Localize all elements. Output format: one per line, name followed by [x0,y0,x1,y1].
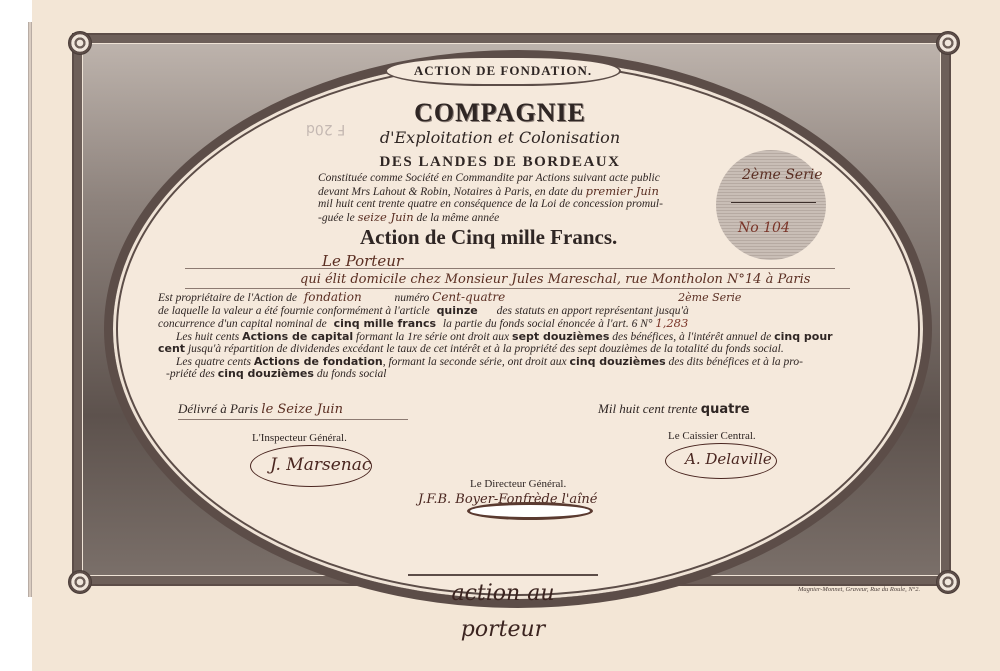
terms-1-prefix: Les huit cents [176,331,239,343]
capital-suffix: la partie du fonds social énoncée à l'ar… [443,318,653,330]
cashier-signature: A. Delaville [685,450,772,468]
year-prefix: Mil huit cent trente [598,401,698,416]
handwritten-share-number: Cent-quatre [432,290,505,304]
article-number: quinze [437,304,478,317]
terms-3-bold2: cinq douzièmes [569,355,665,368]
series-medallion: 2ème Serie No 104 [716,150,826,260]
holder-line [185,268,835,269]
director-label: Le Directeur Général. [470,478,566,490]
capital-line: concurrence d'un capital nominal de cinq… [158,317,878,331]
terms-3-suffix: des dits bénéfices et à la pro- [669,356,803,368]
ownership-line: Est propriétaire de l'Action de fondatio… [158,291,878,305]
delivery-line [178,419,408,420]
terms-1-bold2: sept douzièmes [512,330,609,343]
terms-1-bold3: cinq pour [774,330,833,343]
terms-line-1: Les huit cents Actions de capital forman… [158,331,878,344]
share-value-title: Action de Cinq mille Francs. [360,225,617,250]
constitution-text: Constituée comme Société en Commandite p… [318,172,718,224]
numero-label: numéro [395,292,430,304]
constitution-line-2: devant Mrs Lahout & Robin, Notaires à Pa… [318,185,718,199]
terms-2-text: jusqu'à répartition de dividendes excéda… [188,343,784,355]
article-line: de laquelle la valeur a été fournie conf… [158,305,878,318]
holder-domicile: qui élit domicile chez Monsieur Jules Ma… [300,272,810,287]
rosette-bottom-left-icon [68,570,92,594]
delivery-place-date: Délivré à Paris le Seize Juin [178,403,343,417]
article-suffix: des statuts en apport représentant jusqu… [497,305,689,317]
handwritten-serie: 2ème Serie [678,291,741,304]
action-de-fondation-banner: ACTION DE FONDATION. [385,56,621,86]
terms-3-prefix: Les quatre cents [176,356,251,368]
inspector-label: L'Inspecteur Général. [252,432,347,444]
pencil-annotation: F 20d [306,121,345,137]
delivery-year: Mil huit cent trente quatre [598,403,750,417]
capital-amount: cinq mille francs [334,317,436,330]
constitution-line-4-prefix: -guée le [318,212,355,224]
terms-3-bold: Actions de fondation [254,355,383,368]
handwritten-delivery-date: le Seize Juin [261,402,343,417]
terms-1-suffix: des bénéfices, à l'intérêt annuel de [612,331,771,343]
terms-line-4: -priété des cinq douzièmes du fonds soci… [158,368,878,381]
handwritten-share-type: fondation [304,290,362,304]
company-region: DES LANDES DE BORDEAUX [0,154,1000,171]
constitution-line-4-suffix: de la même année [416,212,499,224]
handwritten-article-number: 1,283 [655,316,688,330]
cancellation-tear [470,505,590,517]
engraver-credit: Magnier-Monnet, Graveur, Rue du Roule, N… [798,586,920,593]
constitution-line-4: -guée le seize Juin de la même année [318,211,718,225]
medallion-divider [731,202,816,203]
terms-1-mid: formant la 1re série ont droit aux [356,331,509,343]
inspector-signature: J. Marsenac [270,455,371,475]
rosette-bottom-right-icon [936,570,960,594]
terms-1-bold: Actions de capital [242,330,353,343]
terms-4-suffix: du fonds social [317,368,387,380]
rosette-top-right-icon [936,31,960,55]
article-prefix: de laquelle la valeur a été fournie conf… [158,305,430,317]
company-subtitle: d'Exploitation et Colonisation [0,128,1000,147]
bearer-banner: action au porteur [408,574,598,610]
cashier-label: Le Caissier Central. [668,430,756,442]
terms-3-mid: , formant la seconde série, ont droit au… [383,356,567,368]
domicile-line [185,288,850,289]
constitution-line-2-text: devant Mrs Lahout & Robin, Notaires à Pa… [318,186,583,198]
terms-4-bold: cinq douzièmes [218,367,314,380]
terms-2-bold: cent [158,342,185,355]
handwritten-date-seize-juin: seize Juin [358,210,414,224]
medallion-number: No 104 [738,220,790,236]
terms-4-prefix: -priété des [166,368,215,380]
ownership-block: Est propriétaire de l'Action de fondatio… [158,291,878,381]
year-hand: quatre [701,402,750,417]
medallion-serie: 2ème Serie [742,167,823,183]
handwritten-date-premier-juin: premier Juin [586,184,659,198]
delivery-prefix: Délivré à Paris [178,401,258,416]
rosette-top-left-icon [68,31,92,55]
company-title: COMPAGNIE [0,98,1000,128]
capital-prefix: concurrence d'un capital nominal de [158,318,327,330]
ownership-prefix: Est propriétaire de l'Action de [158,292,297,304]
